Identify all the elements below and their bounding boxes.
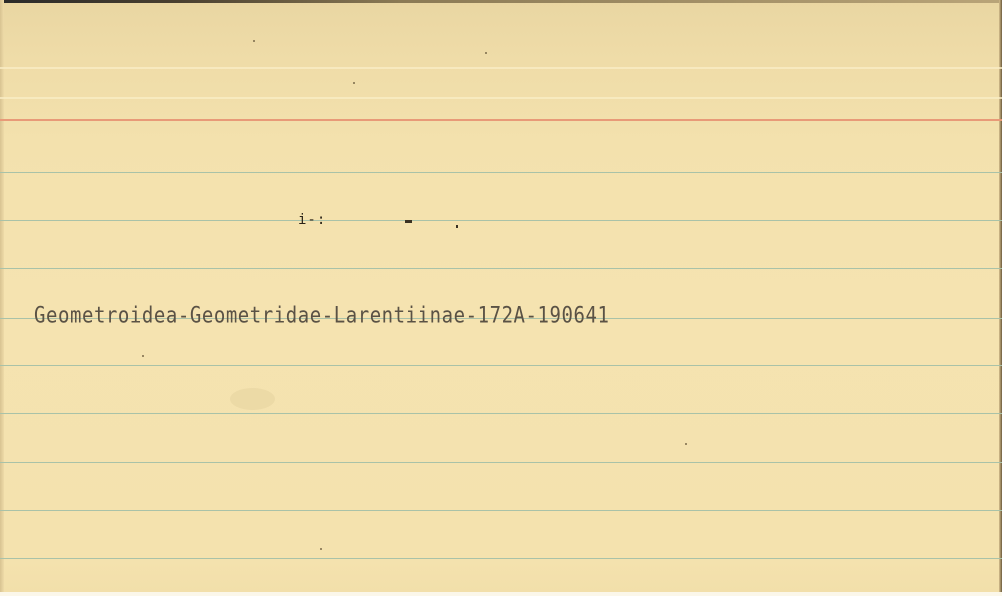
ink-dot	[456, 225, 458, 228]
ruled-line	[0, 220, 1002, 221]
faint-rule	[0, 67, 1002, 69]
card-top-edge	[0, 0, 1002, 3]
card-left-edge	[0, 0, 4, 592]
faint-rule	[0, 97, 1002, 99]
ink-dash	[405, 220, 412, 223]
paper-speck	[320, 548, 322, 550]
card-bottom-edge	[0, 592, 1002, 596]
ruled-line	[0, 462, 1002, 463]
handwritten-marks: i-:	[298, 212, 326, 228]
ruled-line	[0, 413, 1002, 414]
ruled-line	[0, 558, 1002, 559]
paper-speck	[142, 355, 144, 357]
paper-smudge	[230, 388, 275, 410]
header-red-rule	[0, 119, 1002, 121]
taxonomy-label: Geometroidea-Geometridae-Larentiinae-172…	[34, 303, 609, 328]
ruled-line	[0, 172, 1002, 173]
ruled-line	[0, 365, 1002, 366]
paper-speck	[685, 443, 687, 445]
paper-speck	[353, 82, 355, 84]
ruled-line	[0, 268, 1002, 269]
paper-speck	[485, 52, 487, 54]
ruled-line	[0, 510, 1002, 511]
index-card: i-: Geometroidea-Geometridae-Larentiinae…	[0, 0, 1002, 592]
paper-speck	[253, 40, 255, 42]
